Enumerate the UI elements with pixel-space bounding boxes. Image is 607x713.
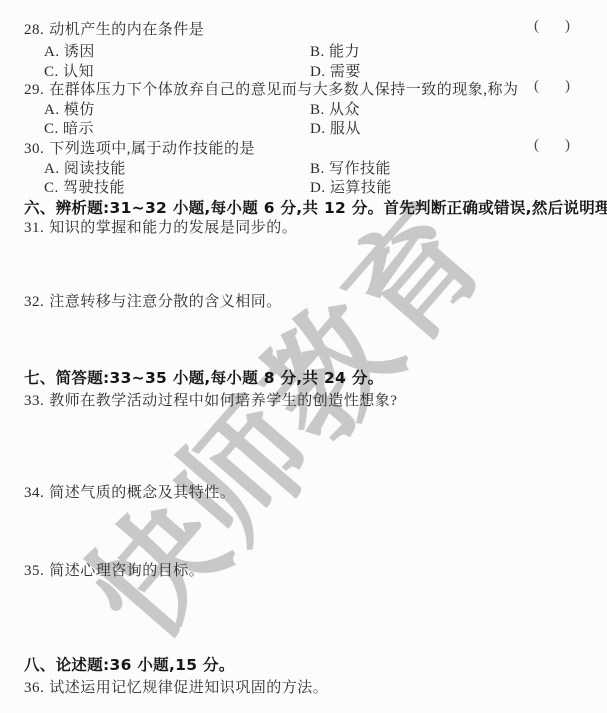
question-28-text: 动机产生的内在条件是: [49, 22, 204, 38]
question-30-option-d: D. 运算技能: [310, 176, 392, 197]
question-35-number: 35.: [24, 563, 44, 579]
question-29-option-c: C. 暗示: [44, 117, 94, 138]
question-31-number: 31.: [24, 220, 44, 236]
question-36-number: 36.: [24, 680, 44, 696]
question-30-stem: 30.下列选项中,属于动作技能的是: [24, 137, 255, 158]
question-29-bracket-open: (: [534, 78, 540, 95]
question-30-option-b: B. 写作技能: [310, 157, 391, 178]
question-36: 36.试述运用记忆规律促进知识巩固的方法。: [24, 676, 328, 697]
question-33-number: 33.: [24, 393, 44, 409]
question-36-text: 试述运用记忆规律促进知识巩固的方法。: [49, 680, 328, 696]
question-34-number: 34.: [24, 485, 44, 501]
question-33: 33.教师在教学活动过程中如何培养学生的创造性想象?: [24, 389, 397, 410]
question-30-number: 30.: [24, 141, 44, 157]
question-29-number: 29.: [24, 82, 44, 98]
section-6-header: 六、辨析题:31~32 小题,每小题 6 分,共 12 分。首先判断正确或错误,…: [24, 196, 607, 218]
question-28-bracket-close: ): [565, 18, 571, 35]
question-31: 31.知识的掌握和能力的发展是同步的。: [24, 216, 297, 237]
section-8-header: 八、论述题:36 小题,15 分。: [24, 653, 235, 675]
question-30-bracket-close: ): [565, 137, 571, 154]
question-29-stem: 29.在群体压力下个体放弃自己的意见而与大多数人保持一致的现象,称为: [24, 78, 519, 99]
question-31-text: 知识的掌握和能力的发展是同步的。: [49, 220, 297, 236]
question-34-text: 简述气质的概念及其特性。: [49, 485, 235, 501]
exam-page: 快师教育 28.动机产生的内在条件是 ( ) A. 诱因 B. 能力 C. 认知…: [0, 0, 607, 713]
question-29-text: 在群体压力下个体放弃自己的意见而与大多数人保持一致的现象,称为: [49, 82, 518, 98]
question-33-text: 教师在教学活动过程中如何培养学生的创造性想象?: [49, 393, 397, 409]
question-29-option-a: A. 模仿: [44, 98, 95, 119]
question-28-option-a: A. 诱因: [44, 40, 95, 61]
question-35-text: 简述心理咨询的目标。: [49, 563, 204, 579]
question-30-option-c: C. 驾驶技能: [44, 176, 125, 197]
question-30-text: 下列选项中,属于动作技能的是: [49, 141, 255, 157]
question-32-text: 注意转移与注意分散的含义相同。: [49, 294, 282, 310]
section-7-header: 七、简答题:33~35 小题,每小题 8 分,共 24 分。: [24, 366, 383, 388]
question-30-option-a: A. 阅读技能: [44, 157, 126, 178]
question-29-bracket-close: ): [565, 78, 571, 95]
question-28-number: 28.: [24, 22, 44, 38]
question-29-option-b: B. 从众: [310, 98, 360, 119]
question-29-option-d: D. 服从: [310, 117, 361, 138]
question-28-stem: 28.动机产生的内在条件是: [24, 18, 204, 39]
question-32: 32.注意转移与注意分散的含义相同。: [24, 290, 282, 311]
question-32-number: 32.: [24, 294, 44, 310]
question-30-bracket-open: (: [534, 137, 540, 154]
question-28-bracket-open: (: [534, 18, 540, 35]
question-35: 35.简述心理咨询的目标。: [24, 559, 204, 580]
question-34: 34.简述气质的概念及其特性。: [24, 481, 235, 502]
question-28-option-b: B. 能力: [310, 40, 360, 61]
